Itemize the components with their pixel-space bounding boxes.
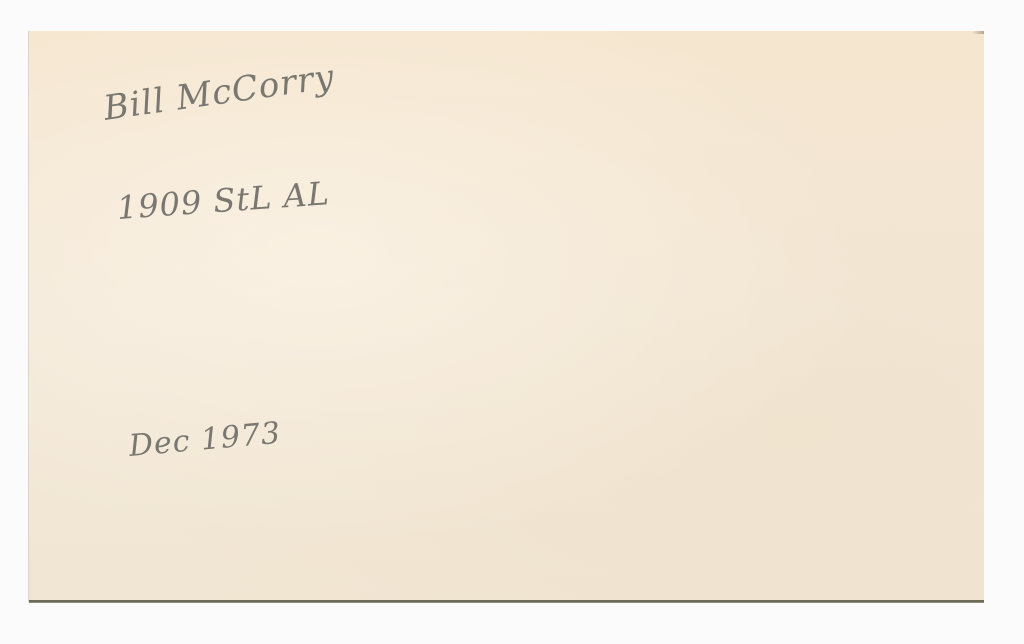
handwritten-player-name: Bill McCorry: [101, 57, 337, 129]
handwritten-team-year: 1909 StL AL: [116, 174, 331, 227]
handwritten-date: Dec 1973: [127, 416, 282, 464]
index-card: Bill McCorry 1909 StL AL Dec 1973: [29, 31, 984, 602]
